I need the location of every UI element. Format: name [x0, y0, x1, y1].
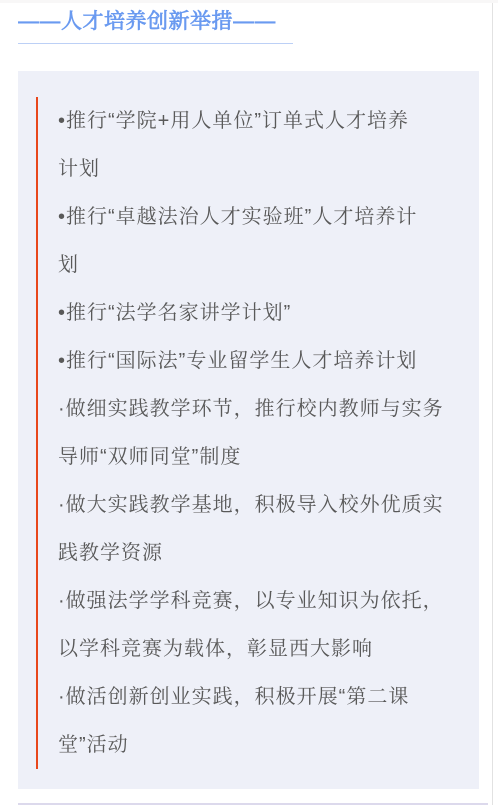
list-item: ·做强法学学科竞赛，以专业知识为依托， 以学科竞赛为载体，彰显西大影响	[58, 577, 460, 673]
article-page: ——人才培养创新举措—— •推行“学院+用人单位”订单式人才培养 计划•推行“卓…	[0, 0, 498, 805]
list-item: •推行“卓越法治人才实验班”人才培养计 划	[58, 193, 460, 289]
section-title: ——人才培养创新举措——	[18, 8, 293, 36]
list-item: ·做细实践教学环节，推行校内教师与实务 导师“双师同堂”制度	[58, 385, 460, 481]
list-item: •推行“法学名家讲学计划”	[58, 289, 460, 337]
title-underline	[18, 43, 293, 44]
measures-card: •推行“学院+用人单位”订单式人才培养 计划•推行“卓越法治人才实验班”人才培养…	[18, 71, 479, 789]
list-item: ·做大实践教学基地，积极导入校外优质实 践教学资源	[58, 481, 460, 577]
list-item: •推行“学院+用人单位”订单式人才培养 计划	[58, 97, 460, 193]
section-header: ——人才培养创新举措——	[18, 8, 293, 44]
list-item: •推行“国际法”专业留学生人才培养计划	[58, 337, 460, 385]
content-column: ——人才培养创新举措—— •推行“学院+用人单位”订单式人才培养 计划•推行“卓…	[0, 3, 493, 805]
list-item: ·做活创新创业实践，积极开展“第二课 堂”活动	[58, 673, 460, 769]
measures-quote-block: •推行“学院+用人单位”订单式人才培养 计划•推行“卓越法治人才实验班”人才培养…	[36, 97, 460, 769]
